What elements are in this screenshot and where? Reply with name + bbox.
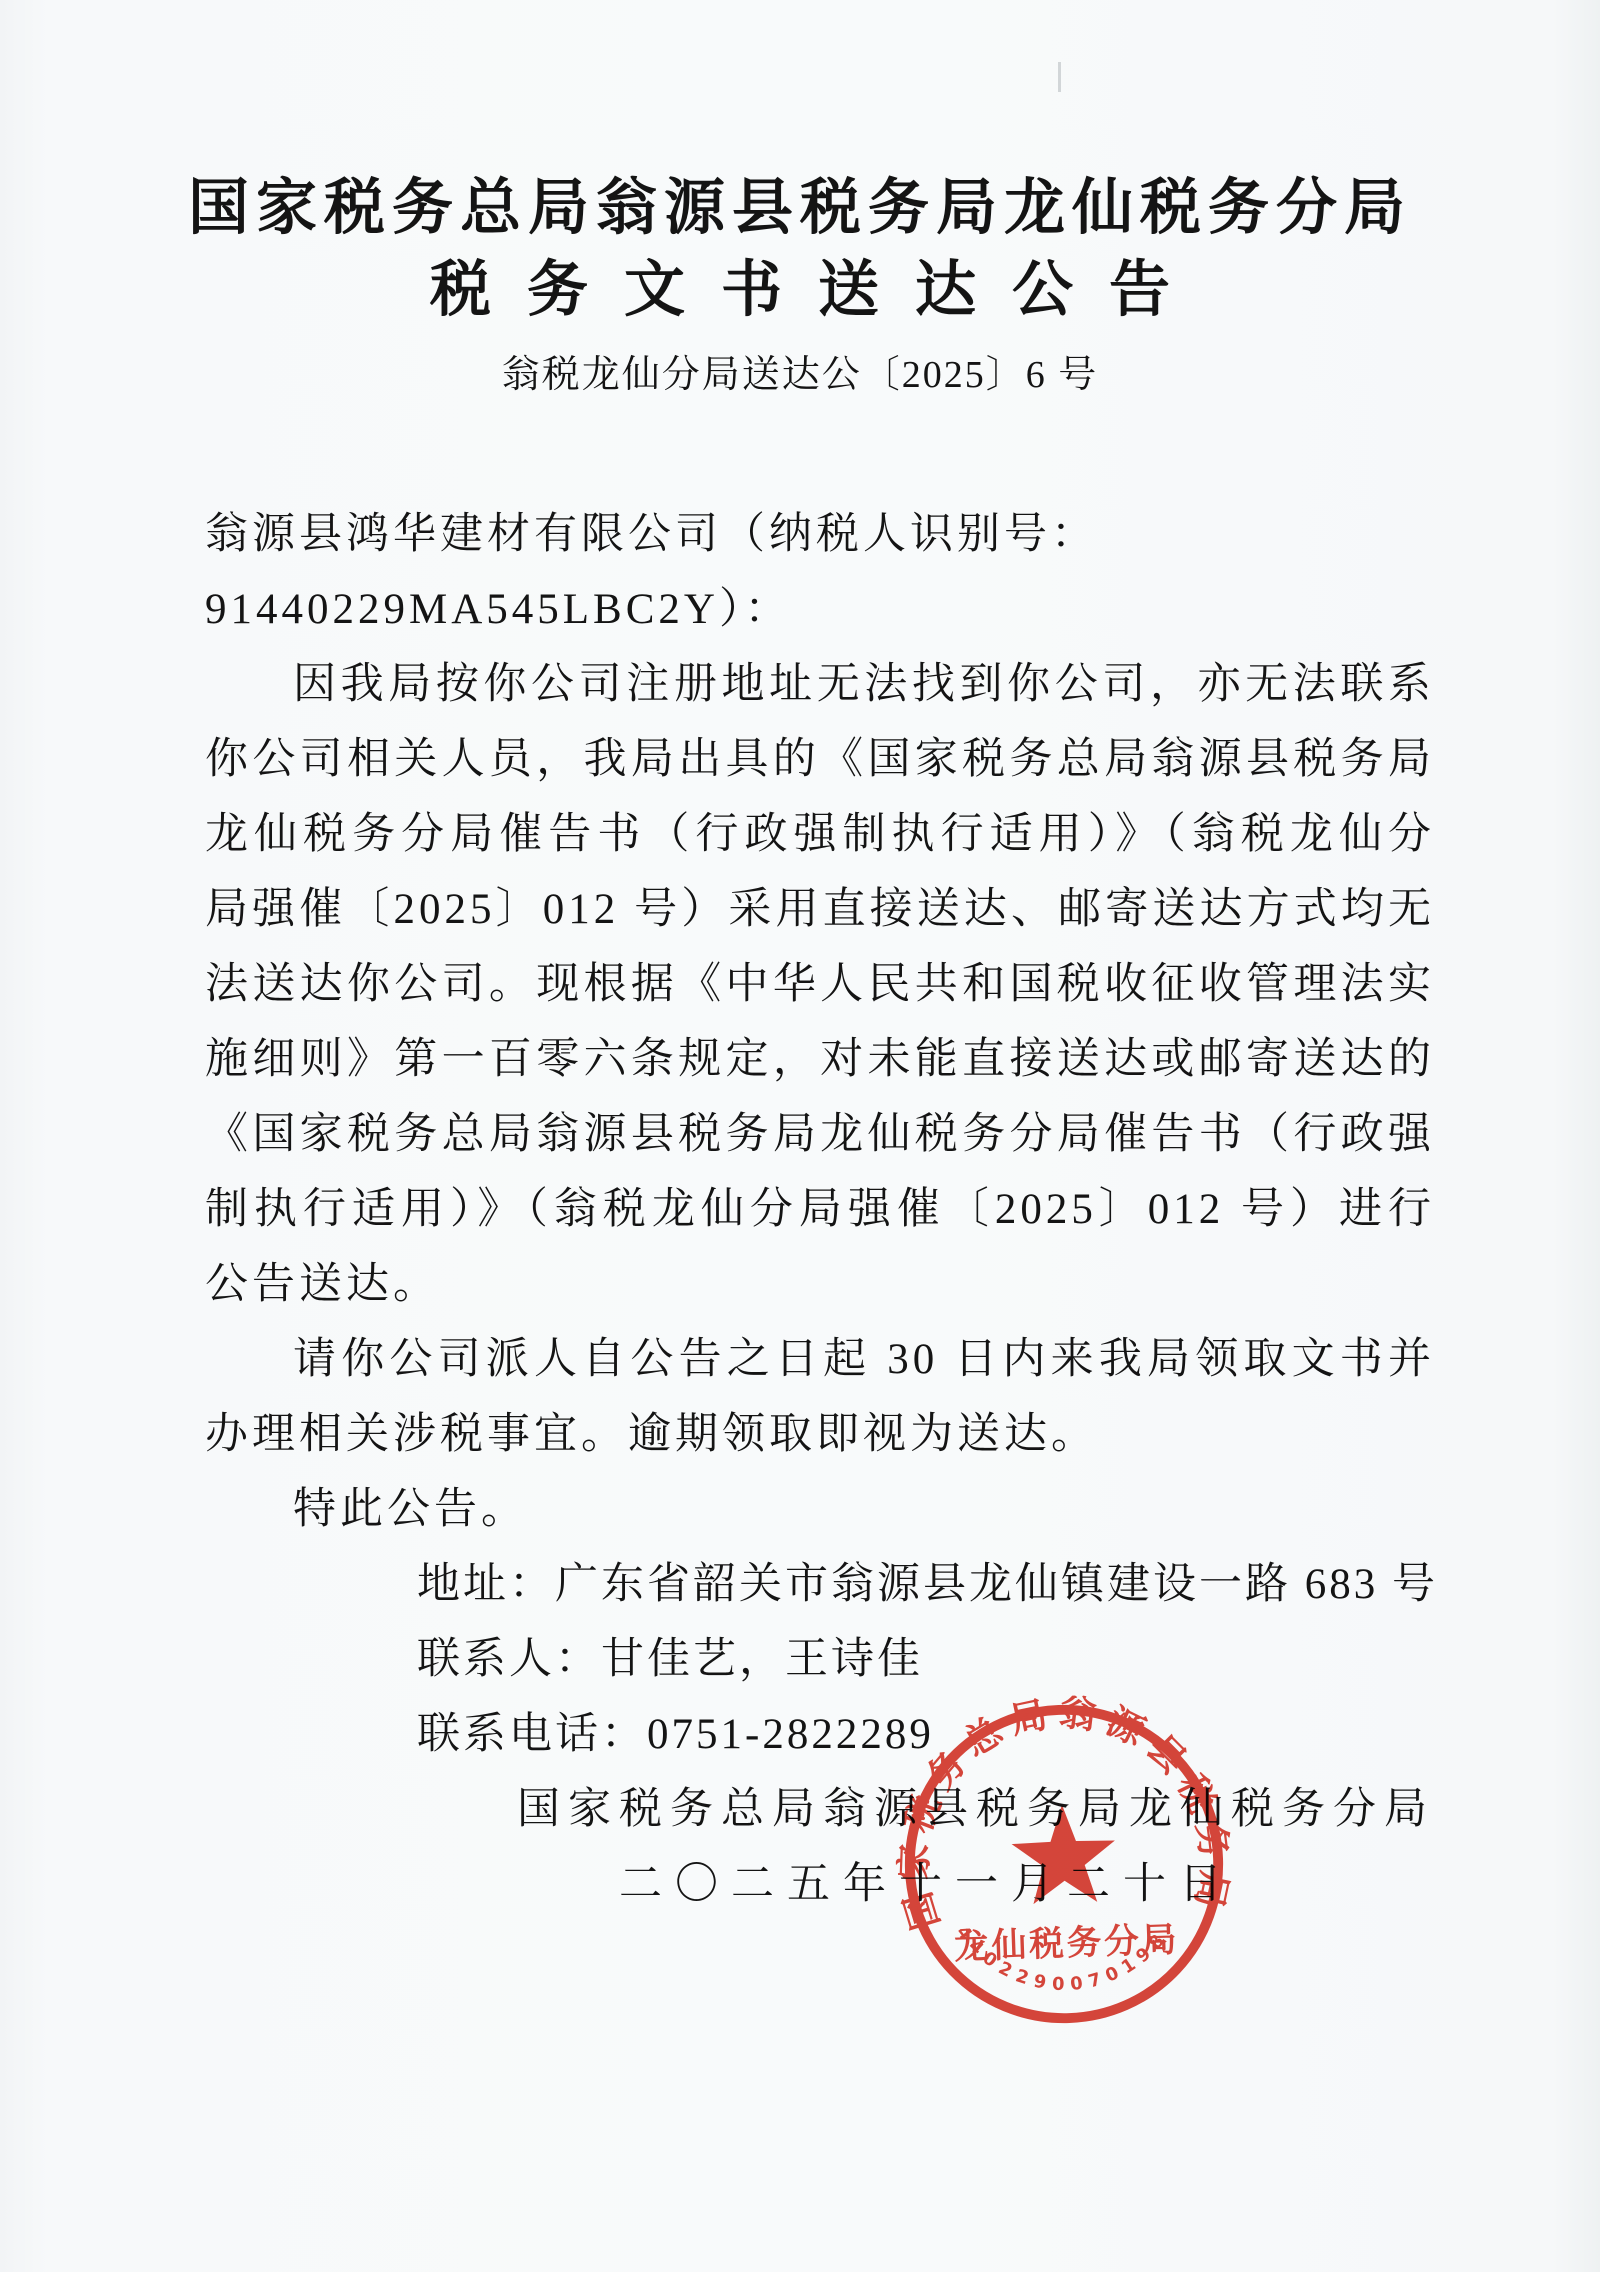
document-header: 国家税务总局翁源县税务局龙仙税务分局 税务文书送达公告 翁税龙仙分局送达公〔20… <box>185 168 1415 404</box>
body-line: 龙仙税务分局催告书（行政强制执行适用）》（翁税龙仙分 <box>205 797 1435 872</box>
document-title-line1: 国家税务总局翁源县税务局龙仙税务分局 <box>185 168 1415 250</box>
document-body: 翁源县鸿华建材有限公司（纳税人识别号： 91440229MA545LBC2Y）：… <box>205 497 1435 1922</box>
body-line: 办理相关涉税事宜。逾期领取即视为送达。 <box>205 1397 1435 1472</box>
body-line: 《国家税务总局翁源县税务局龙仙税务分局催告书（行政强 <box>205 1097 1435 1172</box>
signature-line: 国家税务总局翁源县税务局龙仙税务分局 <box>205 1772 1435 1847</box>
seal-star-icon <box>1010 1803 1117 1905</box>
body-line: 施细则》第一百零六条规定，对未能直接送达或邮寄送达的 <box>205 1022 1435 1097</box>
body-line: 局强催〔2025〕012 号）采用直接送达、邮寄送达方式均无 <box>205 872 1435 947</box>
body-line: 制执行适用）》（翁税龙仙分局强催〔2025〕012 号）进行 <box>205 1172 1435 1247</box>
address-line: 地址：广东省韶关市翁源县龙仙镇建设一路 683 号 <box>205 1547 1435 1622</box>
document-number: 翁税龙仙分局送达公〔2025〕6 号 <box>185 346 1415 404</box>
body-line: 法送达你公司。现根据《中华人民共和国税收征收管理法实 <box>205 947 1435 1022</box>
phone-line: 联系电话：0751-2822289 <box>205 1697 1435 1772</box>
body-line: 请你公司派人自公告之日起 30 日内来我局领取文书并 <box>205 1322 1435 1397</box>
scanned-document-page: 国家税务总局翁源县税务局龙仙税务分局 税务文书送达公告 翁税龙仙分局送达公〔20… <box>0 0 1600 2272</box>
addressee-taxid-line: 91440229MA545LBC2Y）： <box>205 572 1435 647</box>
official-seal-stamp: 国家税务总局翁源县税务局 龙仙税务分局 4402290070198 <box>890 1690 1238 2038</box>
body-line: 因我局按你公司注册地址无法找到你公司，亦无法联系 <box>205 647 1435 722</box>
contact-person-line: 联系人：甘佳艺，王诗佳 <box>205 1622 1435 1697</box>
closing-line: 特此公告。 <box>205 1472 1435 1547</box>
date-line: 二〇二五年十一月二十日 <box>205 1847 1435 1922</box>
body-line: 公告送达。 <box>205 1247 1435 1322</box>
body-line: 你公司相关人员，我局出具的《国家税务总局翁源县税务局 <box>205 722 1435 797</box>
document-title-line2: 税务文书送达公告 <box>185 250 1415 332</box>
scan-artifact-mark <box>1058 62 1061 92</box>
contact-block: 地址：广东省韶关市翁源县龙仙镇建设一路 683 号 联系人：甘佳艺，王诗佳 联系… <box>205 1547 1435 1772</box>
addressee-line: 翁源县鸿华建材有限公司（纳税人识别号： <box>205 497 1435 572</box>
